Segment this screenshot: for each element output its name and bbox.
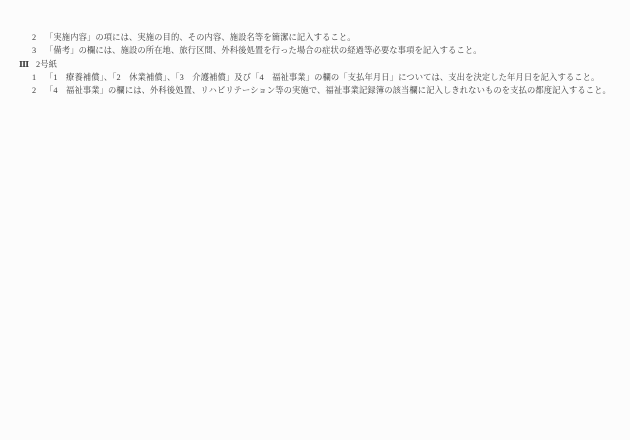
section-numeral: Ⅲ bbox=[19, 59, 36, 72]
item-number: 2 bbox=[32, 32, 45, 45]
note-item: 2 「4 福祉事業」の欄には、外科後処置、リハビリテーション等の実施で、福祉事業… bbox=[0, 85, 630, 98]
item-number: 2 bbox=[32, 85, 45, 98]
item-text: 「実施内容」の項には、実施の目的、その内容、施設名等を簡潔に記入すること。 bbox=[45, 32, 356, 45]
note-item: 3 「備考」の欄には、施設の所在地、旅行区間、外科後処置を行った場合の症状の経過… bbox=[0, 45, 630, 58]
item-number: 3 bbox=[32, 45, 45, 58]
section-title: 2号紙 bbox=[36, 59, 57, 72]
section-heading: Ⅲ 2号紙 bbox=[0, 59, 630, 72]
document-page: 2 「実施内容」の項には、実施の目的、その内容、施設名等を簡潔に記入すること。 … bbox=[0, 0, 630, 440]
item-number: 1 bbox=[32, 72, 45, 85]
item-text: 「備考」の欄には、施設の所在地、旅行区間、外科後処置を行った場合の症状の経過等必… bbox=[45, 45, 482, 58]
item-text: 「4 福祉事業」の欄には、外科後処置、リハビリテーション等の実施で、福祉事業記録… bbox=[45, 85, 611, 98]
note-item: 1 「1 療養補償」、「2 休業補償」、「3 介護補償」及び「4 福祉事業」の欄… bbox=[0, 72, 630, 85]
note-item: 2 「実施内容」の項には、実施の目的、その内容、施設名等を簡潔に記入すること。 bbox=[0, 32, 630, 45]
item-text: 「1 療養補償」、「2 休業補償」、「3 介護補償」及び「4 福祉事業」の欄の「… bbox=[45, 72, 599, 85]
